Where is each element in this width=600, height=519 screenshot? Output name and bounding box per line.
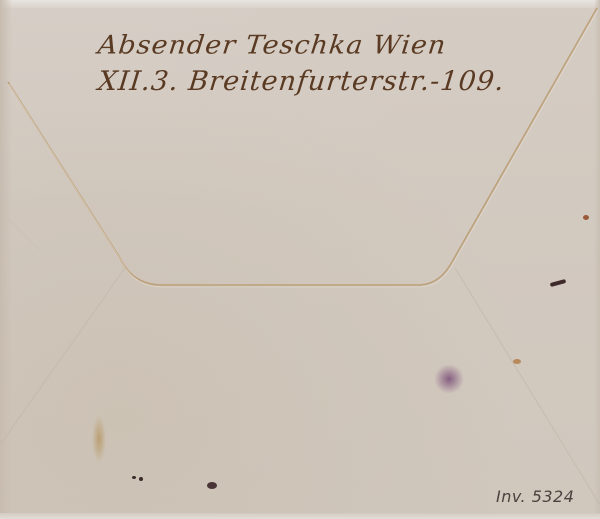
rust-dot [513, 359, 521, 364]
purple-smudge [434, 364, 464, 394]
ink-spot [139, 477, 143, 481]
envelope-scan: Absender Teschka Wien XII.3. Breitenfurt… [0, 0, 600, 519]
ink-spot [132, 476, 136, 479]
sender-name-line: Absender Teschka Wien [96, 31, 448, 60]
rust-dot [583, 215, 589, 220]
inventory-number: Inv. 5324 [496, 487, 574, 506]
sender-address-line: XII.3. Breitenfurterstr.-109. [96, 66, 506, 97]
rust-stain [92, 415, 106, 463]
ink-spot [207, 482, 217, 489]
